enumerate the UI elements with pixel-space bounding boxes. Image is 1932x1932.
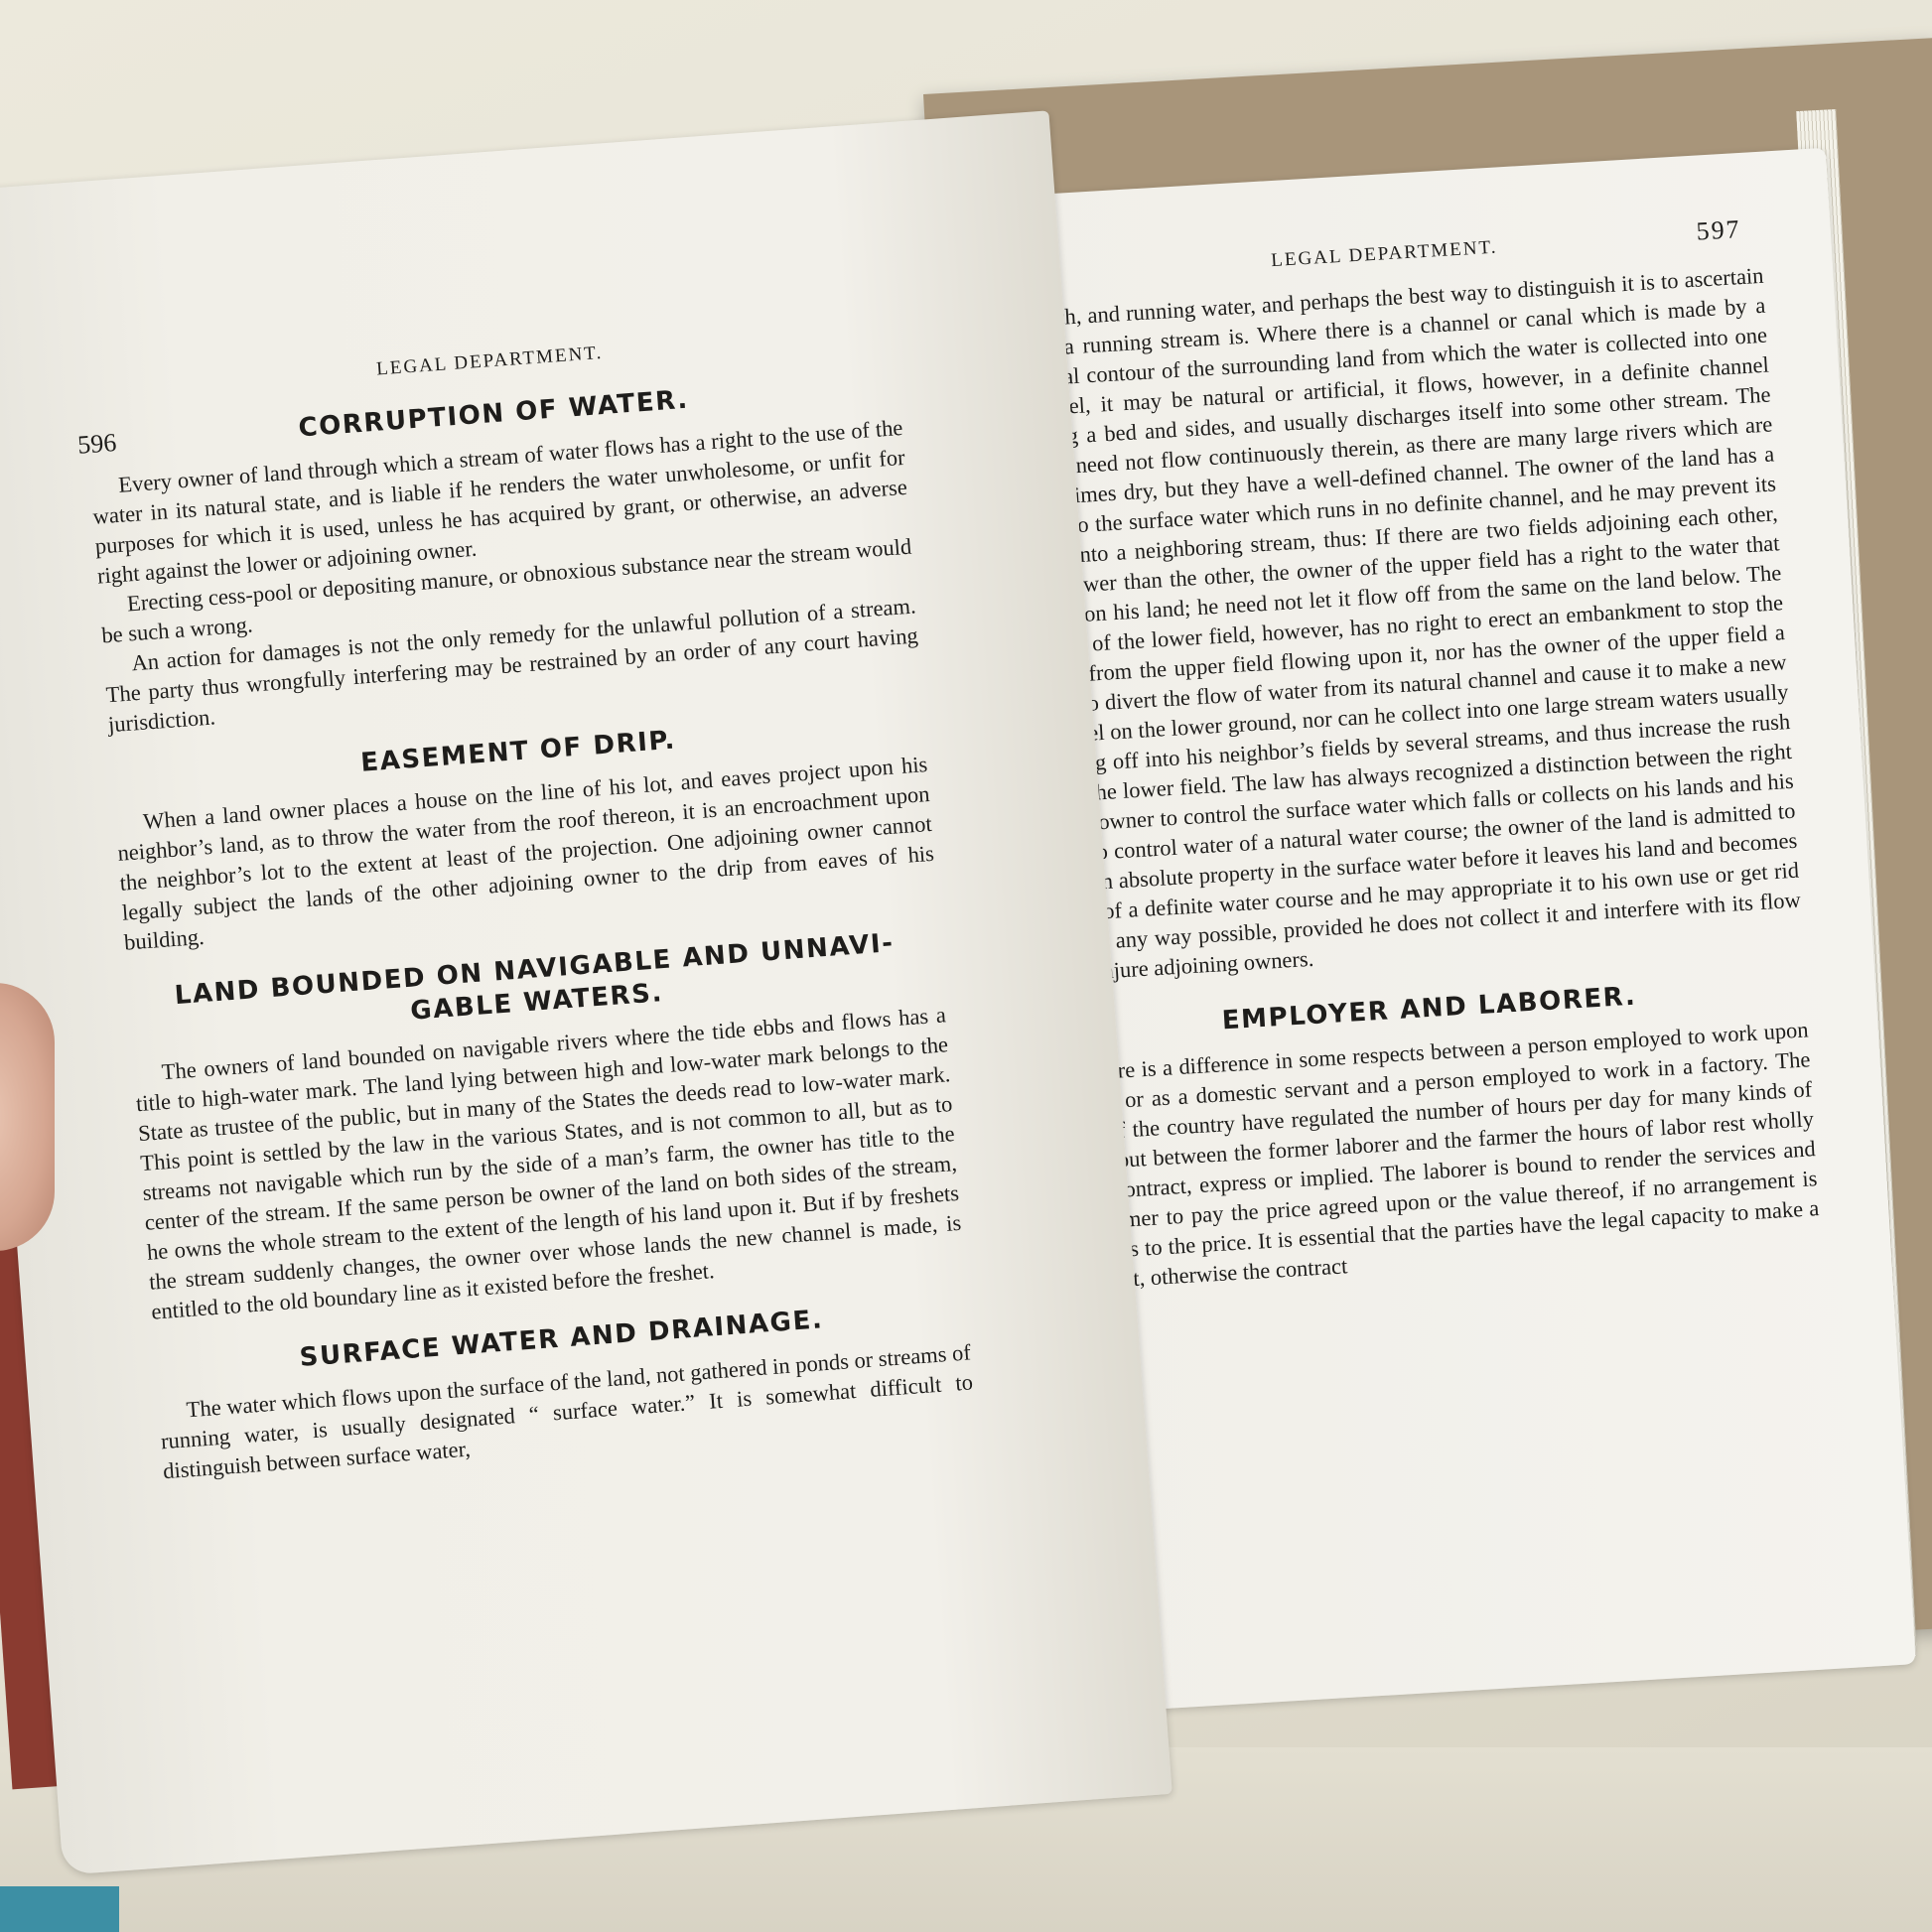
- continued-paragraph: as such, and running water, and perhaps …: [1010, 261, 1804, 990]
- paragraph: The owners of land bounded on navigable …: [133, 1000, 965, 1326]
- left-page: LEGAL DEPARTMENT. 596 CORRUPTION OF WATE…: [0, 110, 1173, 1874]
- running-head-text: LEGAL DEPARTMENT.: [1271, 237, 1498, 272]
- paragraph: There is a difference in some respects b…: [1054, 1015, 1822, 1298]
- thumb: [0, 983, 55, 1251]
- teal-object: [0, 1886, 119, 1932]
- running-head-text: LEGAL DEPARTMENT.: [376, 343, 604, 380]
- page-number: 596: [76, 428, 117, 461]
- page-number: 597: [1696, 214, 1742, 247]
